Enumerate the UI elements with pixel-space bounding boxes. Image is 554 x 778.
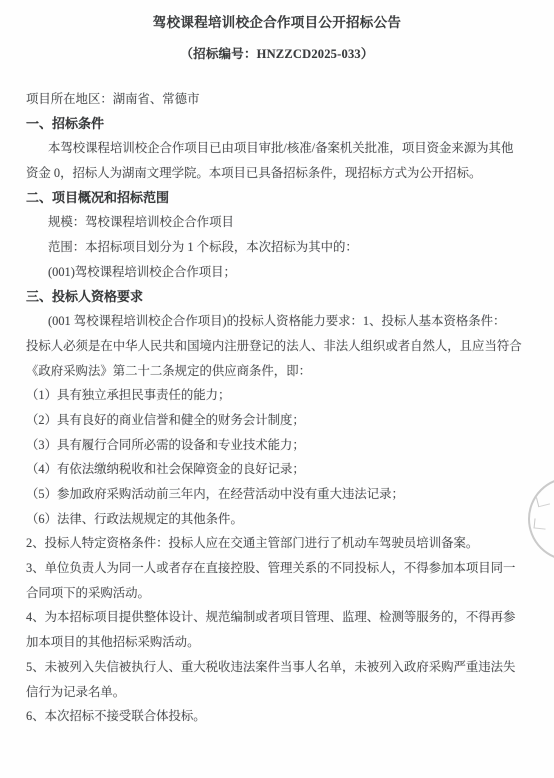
doc-line: （4）有依法缴纳税收和社会保障资金的良好记录； (0, 457, 554, 482)
doc-line: （1）具有独立承担民事责任的能力； (0, 383, 554, 408)
section-heading: 三、投标人资格要求 (0, 285, 554, 310)
doc-line: （6）法律、行政法规规定的其他条件。 (0, 507, 554, 532)
doc-line: 3、单位负责人为同一人或者存在直接控股、管理关系的不同投标人，不得参加本项目同一 (0, 556, 554, 581)
doc-line: 资金 0，招标人为湖南文理学院。本项目已具备招标条件，现招标方式为公开招标。 (0, 161, 554, 186)
tender-number: （招标编号：HNZZCD2025-033） (0, 44, 554, 62)
document-body: 项目所在地区：湖南省、常德市一、招标条件本驾校课程培训校企合作项目已由项目审批/… (0, 87, 554, 729)
doc-line: (001 驾校课程培训校企合作项目)的投标人资格能力要求：1、投标人基本资格条件… (0, 309, 554, 334)
seal-glyph-mark (536, 495, 550, 508)
doc-line: 项目所在地区：湖南省、常德市 (0, 87, 554, 112)
doc-line: 加本项目的其他招标采购活动。 (0, 630, 554, 655)
document-page: 驾校课程培训校企合作项目公开招标公告 （招标编号：HNZZCD2025-033）… (0, 0, 554, 778)
doc-line: （3）具有履行合同所必需的设备和专业技术能力； (0, 433, 554, 458)
doc-line: (001)驾校课程培训校企合作项目； (0, 260, 554, 285)
section-heading: 一、招标条件 (0, 112, 554, 137)
doc-line: 本驾校课程培训校企合作项目已由项目审批/核准/备案机关批准，项目资金来源为其他 (0, 136, 554, 161)
doc-line: 6、本次招标不接受联合体投标。 (0, 704, 554, 729)
page-title: 驾校课程培训校企合作项目公开招标公告 (0, 11, 554, 31)
section-heading: 二、项目概况和招标范围 (0, 186, 554, 211)
doc-line: 投标人必须是在中华人民共和国境内注册登记的法人、非法人组织或者自然人，且应当符合 (0, 334, 554, 359)
doc-line: 2、投标人特定资格条件：投标人应在交通主管部门进行了机动车驾驶员培训备案。 (0, 531, 554, 556)
doc-line: （2）具有良好的商业信誉和健全的财务会计制度； (0, 408, 554, 433)
doc-line: 4、为本招标项目提供整体设计、规范编制或者项目管理、监理、检测等服务的，不得再参 (0, 605, 554, 630)
doc-line: 合同项下的采购活动。 (0, 581, 554, 606)
doc-line: 5、未被列入失信被执行人、重大税收违法案件当事人名单，未被列入政府采购严重违法失 (0, 655, 554, 680)
doc-line: 《政府采购法》第二十二条规定的供应商条件，即： (0, 359, 554, 384)
doc-line: （5）参加政府采购活动前三年内，在经营活动中没有重大违法记录； (0, 482, 554, 507)
doc-line: 规模：驾校课程培训校企合作项目 (0, 210, 554, 235)
doc-line: 信行为记录名单。 (0, 680, 554, 705)
doc-line: 范围：本招标项目划分为 1 个标段，本次招标为其中的： (0, 235, 554, 260)
document-header: 驾校课程培训校企合作项目公开招标公告 （招标编号：HNZZCD2025-033） (0, 11, 554, 62)
seal-glyph-mark (534, 518, 547, 529)
